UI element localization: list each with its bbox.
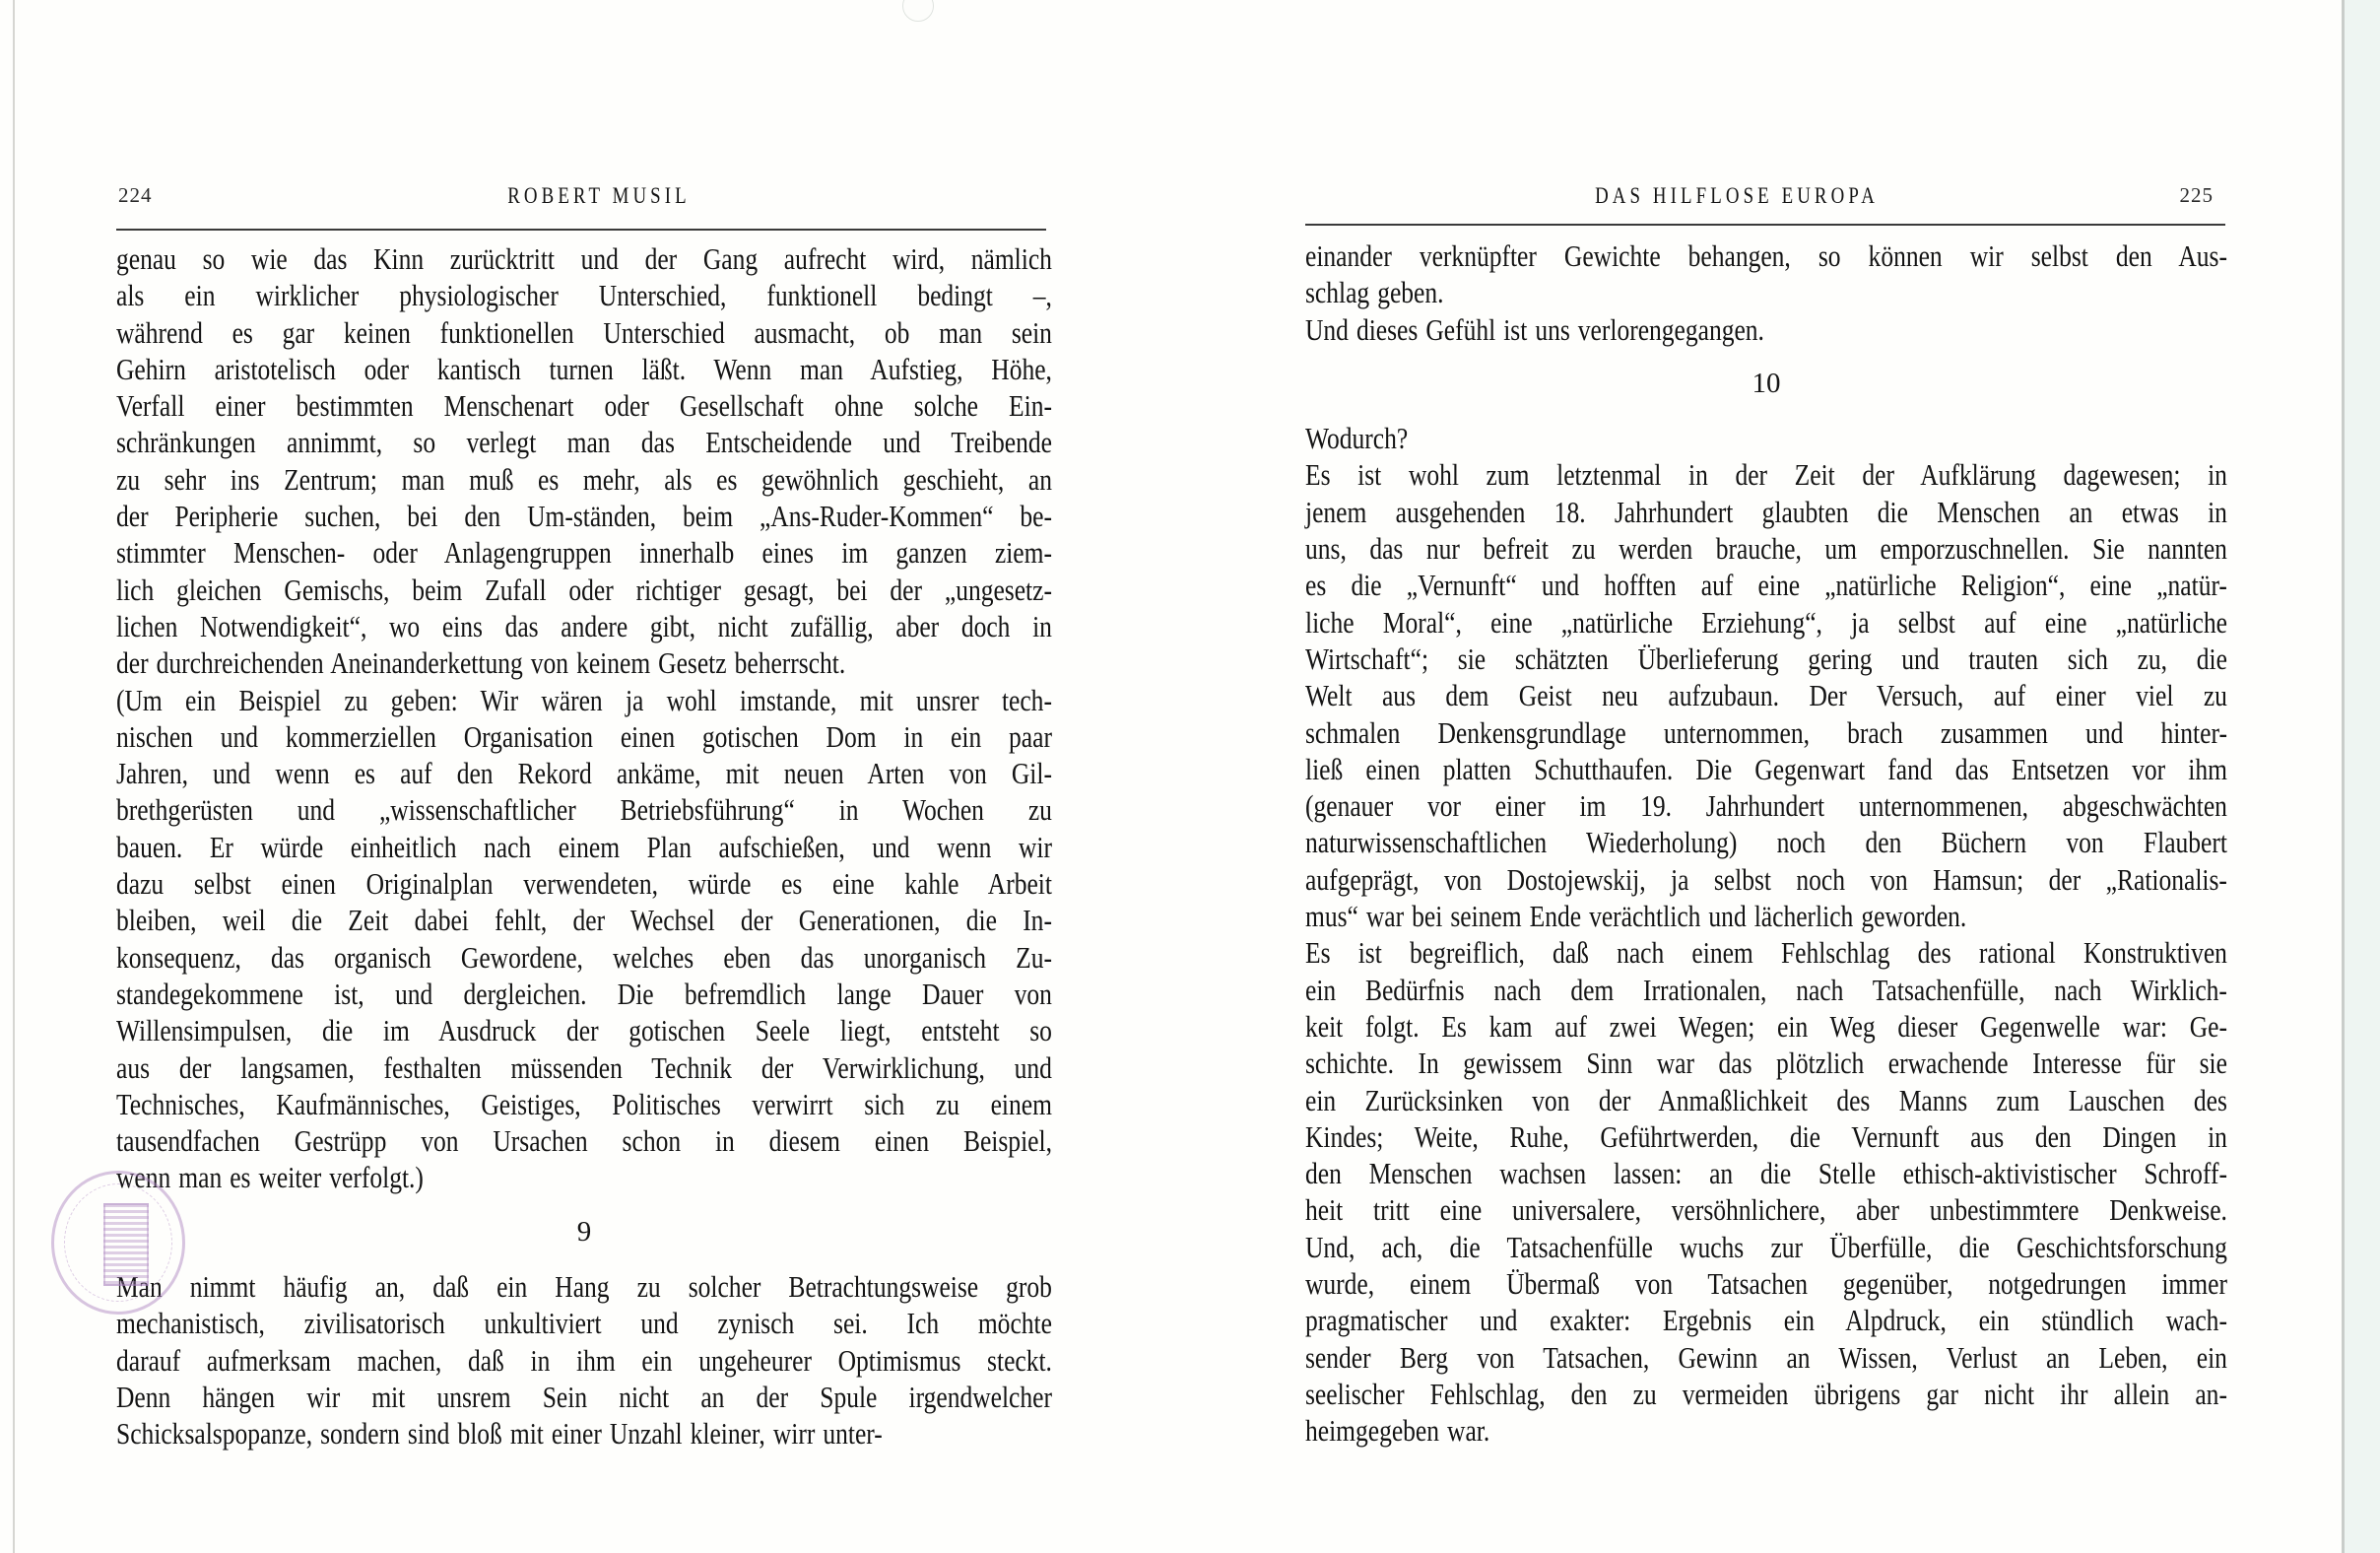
text-line: standegekommene ist, und dergleichen. Di…: [116, 976, 1052, 1012]
text-line: schmalen Denkensgrundlage unternommen, b…: [1305, 714, 2227, 751]
section-number: 10: [1305, 366, 2227, 402]
text-line: jenem ausgehenden 18. Jahrhundert glaubt…: [1305, 494, 2227, 530]
text-line: es die „Vernunft“ und hofften auf eine „…: [1305, 567, 2227, 603]
text-line: als ein wirklicher physiologischer Unter…: [116, 277, 1052, 313]
library-stamp: [51, 1171, 185, 1315]
paragraph: einander verknüpfter Gewichte behangen, …: [1305, 237, 2227, 311]
text-line-content: Schicksalspopanze, sondern sind bloß mit…: [116, 1415, 1052, 1452]
text-line: schichte. In gewissem Sinn war das plötz…: [1305, 1045, 2227, 1081]
text-line: (genauer vor einer im 19. Jahrhundert un…: [1305, 787, 2227, 824]
text-line: Verfall einer bestimmten Menschenart ode…: [116, 387, 1052, 424]
text-line: brethgerüsten und „wissenschaftlicher Be…: [116, 791, 1052, 828]
text-line-content: brethgerüsten und „wissenschaftlicher Be…: [116, 791, 1052, 828]
text-line-content: heit tritt eine universalere, versöhnlic…: [1305, 1191, 2227, 1228]
section-number: 9: [116, 1214, 1052, 1250]
text-line-content: schlag geben.: [1305, 274, 2227, 310]
text-line: ließ einen platten Schutthaufen. Die Geg…: [1305, 751, 2227, 787]
text-line: den Menschen wachsen lassen: an die Stel…: [1305, 1155, 2227, 1191]
text-line-content: der durchreichenden Aneinanderkettung vo…: [116, 644, 1052, 681]
text-line: einander verknüpfter Gewichte behangen, …: [1305, 237, 2227, 274]
text-line-content: Jahren, und wenn es auf den Rekord ankäm…: [116, 755, 1052, 791]
text-line-content: Und dieses Gefühl ist uns verlorengegang…: [1305, 311, 2227, 348]
text-line: Und, ach, die Tatsachenfülle wuchs zur Ü…: [1305, 1229, 2227, 1265]
text-line: heimgegeben war.: [1305, 1412, 2227, 1449]
text-line: liche Moral“, eine „natürliche Erziehung…: [1305, 604, 2227, 641]
header-rule: [116, 229, 1046, 231]
text-line-content: Und, ach, die Tatsachenfülle wuchs zur Ü…: [1305, 1229, 2227, 1265]
text-line-content: (Um ein Beispiel zu geben: Wir wären ja …: [116, 682, 1052, 718]
section-spacer: [1305, 402, 2227, 420]
text-line: ein Zurücksinken von der Anmaßlichkeit d…: [1305, 1082, 2227, 1118]
text-line: Und dieses Gefühl ist uns verlorengegang…: [1305, 311, 2227, 348]
text-line-content: uns, das nur befreit zu werden brauche, …: [1305, 530, 2227, 567]
page-number: 224: [118, 183, 153, 208]
text-line: der Peripherie suchen, bei den Um-stände…: [116, 498, 1052, 534]
text-line: seelischer Fehlschlag, den zu vermeiden …: [1305, 1376, 2227, 1412]
text-line-content: schränkungen annimmt, so verlegt man das…: [116, 424, 1052, 460]
right-page: DAS HILFLOSE EUROPA 225 einander verknüp…: [1305, 0, 2227, 1553]
text-line: keit folgt. Es kam auf zwei Wegen; ein W…: [1305, 1008, 2227, 1045]
text-line-content: wenn man es weiter verfolgt.): [116, 1159, 1052, 1195]
text-line-content: bleiben, weil die Zeit dabei fehlt, der …: [116, 902, 1052, 938]
text-line: Man nimmt häufig an, daß ein Hang zu sol…: [116, 1268, 1052, 1305]
text-line: schränkungen annimmt, so verlegt man das…: [116, 424, 1052, 460]
text-line: der durchreichenden Aneinanderkettung vo…: [116, 644, 1052, 681]
text-line: Es ist begreiflich, daß nach einem Fehls…: [1305, 934, 2227, 971]
left-page: 224 ROBERT MUSIL genau so wie das Kinn z…: [116, 0, 1052, 1553]
paragraph: Wodurch?: [1305, 420, 2227, 456]
paragraph: genau so wie das Kinn zurücktritt und de…: [116, 240, 1052, 682]
text-line-content: aufgeprägt, von Dostojewskij, ja selbst …: [1305, 861, 2227, 898]
text-line: wenn man es weiter verfolgt.): [116, 1159, 1052, 1195]
text-line: heit tritt eine universalere, versöhnlic…: [1305, 1191, 2227, 1228]
text-line: Wodurch?: [1305, 420, 2227, 456]
text-line: Jahren, und wenn es auf den Rekord ankäm…: [116, 755, 1052, 791]
text-line-content: Verfall einer bestimmten Menschenart ode…: [116, 387, 1052, 424]
text-line-content: liche Moral“, eine „natürliche Erziehung…: [1305, 604, 2227, 641]
text-line-content: ein Bedürfnis nach dem Irrationalen, nac…: [1305, 972, 2227, 1008]
text-line-content: lich gleichen Gemischs, beim Zufall oder…: [116, 572, 1052, 608]
text-line-content: einander verknüpfter Gewichte behangen, …: [1305, 237, 2227, 274]
text-line-content: mus“ war bei seinem Ende verächtlich und…: [1305, 898, 2227, 934]
text-line: aufgeprägt, von Dostojewskij, ja selbst …: [1305, 861, 2227, 898]
stamp-emblem: [103, 1203, 149, 1286]
text-line: Technisches, Kaufmännisches, Geistiges, …: [116, 1086, 1052, 1122]
text-line-content: Technisches, Kaufmännisches, Geistiges, …: [116, 1086, 1052, 1122]
text-line: tausendfachen Gestrüpp von Ursachen scho…: [116, 1122, 1052, 1159]
text-line: lich gleichen Gemischs, beim Zufall oder…: [116, 572, 1052, 608]
text-line: konsequenz, das organisch Gewordene, wel…: [116, 939, 1052, 976]
text-line: lichen Notwendigkeit“, wo eins das ander…: [116, 608, 1052, 644]
page-number: 225: [2180, 183, 2215, 208]
text-line-content: als ein wirklicher physiologischer Unter…: [116, 277, 1052, 313]
text-line-content: den Menschen wachsen lassen: an die Stel…: [1305, 1155, 2227, 1191]
text-line: Es ist wohl zum letztenmal in der Zeit d…: [1305, 456, 2227, 493]
text-line-content: Man nimmt häufig an, daß ein Hang zu sol…: [116, 1268, 1052, 1305]
text-line: nischen und kommerziellen Organisation e…: [116, 718, 1052, 755]
text-line-content: naturwissenschaftlichen Wiederholung) no…: [1305, 824, 2227, 860]
section-spacer: [116, 1250, 1052, 1268]
text-line: Welt aus dem Geist neu aufzubaun. Der Ve…: [1305, 677, 2227, 713]
text-line: aus der langsamen, festhalten müssenden …: [116, 1049, 1052, 1086]
text-line-content: während es gar keinen funktionellen Unte…: [116, 314, 1052, 351]
scan-background: [2345, 0, 2380, 1553]
text-line-content: mechanistisch, zivilisatorisch unkultivi…: [116, 1305, 1052, 1341]
text-line-content: bauen. Er würde einheitlich nach einem P…: [116, 829, 1052, 865]
text-line-content: nischen und kommerziellen Organisation e…: [116, 718, 1052, 755]
text-line: bleiben, weil die Zeit dabei fehlt, der …: [116, 902, 1052, 938]
text-line-content: der Peripherie suchen, bei den Um-stände…: [116, 498, 1052, 534]
text-line-content: Willensimpulsen, die im Ausdruck der got…: [116, 1012, 1052, 1048]
section-spacer: [1305, 348, 2227, 366]
text-line-content: zu sehr ins Zentrum; man muß es mehr, al…: [116, 461, 1052, 498]
text-line-content: schichte. In gewissem Sinn war das plötz…: [1305, 1045, 2227, 1081]
text-line: zu sehr ins Zentrum; man muß es mehr, al…: [116, 461, 1052, 498]
text-line: stimmter Menschen- oder Anlagengruppen i…: [116, 534, 1052, 571]
paragraph: Es ist wohl zum letztenmal in der Zeit d…: [1305, 456, 2227, 934]
text-line: bauen. Er würde einheitlich nach einem P…: [116, 829, 1052, 865]
text-line: ein Bedürfnis nach dem Irrationalen, nac…: [1305, 972, 2227, 1008]
text-line-content: Denn hängen wir mit unsrem Sein nicht an…: [116, 1379, 1052, 1415]
text-line-content: heimgegeben war.: [1305, 1412, 2227, 1449]
text-line: mus“ war bei seinem Ende verächtlich und…: [1305, 898, 2227, 934]
paragraph: Und dieses Gefühl ist uns verlorengegang…: [1305, 311, 2227, 348]
text-line-content: aus der langsamen, festhalten müssenden …: [116, 1049, 1052, 1086]
text-line: Kindes; Weite, Ruhe, Geführtwerden, die …: [1305, 1118, 2227, 1155]
text-line-content: schmalen Denkensgrundlage unternommen, b…: [1305, 714, 2227, 751]
text-line-content: stimmter Menschen- oder Anlagengruppen i…: [116, 534, 1052, 571]
text-line: Schicksalspopanze, sondern sind bloß mit…: [116, 1415, 1052, 1452]
text-line: dazu selbst einen Originalplan verwendet…: [116, 865, 1052, 902]
text-line-content: genau so wie das Kinn zurücktritt und de…: [116, 240, 1052, 277]
text-line: mechanistisch, zivilisatorisch unkultivi…: [116, 1305, 1052, 1341]
text-line: sender Berg von Tatsachen, Gewinn an Wis…: [1305, 1339, 2227, 1376]
paragraph: Man nimmt häufig an, daß ein Hang zu sol…: [116, 1268, 1052, 1452]
text-line: Denn hängen wir mit unsrem Sein nicht an…: [116, 1379, 1052, 1415]
running-title: DAS HILFLOSE EUROPA: [1383, 183, 2090, 209]
running-title: ROBERT MUSIL: [228, 183, 970, 209]
text-line: naturwissenschaftlichen Wiederholung) no…: [1305, 824, 2227, 860]
text-line-content: sender Berg von Tatsachen, Gewinn an Wis…: [1305, 1339, 2227, 1376]
text-line-content: ein Zurücksinken von der Anmaßlichkeit d…: [1305, 1082, 2227, 1118]
text-line-content: Welt aus dem Geist neu aufzubaun. Der Ve…: [1305, 677, 2227, 713]
paragraph: Es ist begreiflich, daß nach einem Fehls…: [1305, 934, 2227, 1449]
text-line: Gehirn aristotelisch oder kantisch turne…: [116, 351, 1052, 387]
text-line-content: Es ist wohl zum letztenmal in der Zeit d…: [1305, 456, 2227, 493]
text-line-content: darauf aufmerksam machen, daß in ihm ein…: [116, 1342, 1052, 1379]
text-line-content: (genauer vor einer im 19. Jahrhundert un…: [1305, 787, 2227, 824]
text-line: uns, das nur befreit zu werden brauche, …: [1305, 530, 2227, 567]
text-line-content: standegekommene ist, und dergleichen. Di…: [116, 976, 1052, 1012]
text-line-content: Gehirn aristotelisch oder kantisch turne…: [116, 351, 1052, 387]
text-line-content: konsequenz, das organisch Gewordene, wel…: [116, 939, 1052, 976]
text-line-content: lichen Notwendigkeit“, wo eins das ander…: [116, 608, 1052, 644]
text-line-content: seelischer Fehlschlag, den zu vermeiden …: [1305, 1376, 2227, 1412]
body-text: einander verknüpfter Gewichte behangen, …: [1305, 237, 2227, 1450]
text-line: (Um ein Beispiel zu geben: Wir wären ja …: [116, 682, 1052, 718]
text-line-content: Wirtschaft“; sie schätzten Überlieferung…: [1305, 641, 2227, 677]
text-line: während es gar keinen funktionellen Unte…: [116, 314, 1052, 351]
text-line-content: Wodurch?: [1305, 420, 2227, 456]
running-head: 224 ROBERT MUSIL: [116, 183, 1052, 213]
paragraph: (Um ein Beispiel zu geben: Wir wären ja …: [116, 682, 1052, 1196]
text-line: Wirtschaft“; sie schätzten Überlieferung…: [1305, 641, 2227, 677]
text-line: Willensimpulsen, die im Ausdruck der got…: [116, 1012, 1052, 1048]
running-head: DAS HILFLOSE EUROPA 225: [1305, 183, 2227, 213]
text-line: genau so wie das Kinn zurücktritt und de…: [116, 240, 1052, 277]
text-line-content: keit folgt. Es kam auf zwei Wegen; ein W…: [1305, 1008, 2227, 1045]
text-line-content: Es ist begreiflich, daß nach einem Fehls…: [1305, 934, 2227, 971]
text-line: wurde, einem Übermaß von Tatsachen gegen…: [1305, 1265, 2227, 1302]
text-line-content: Kindes; Weite, Ruhe, Geführtwerden, die …: [1305, 1118, 2227, 1155]
text-line-content: pragmatischer und exakter: Ergebnis ein …: [1305, 1302, 2227, 1338]
text-line: schlag geben.: [1305, 274, 2227, 310]
section-spacer: [116, 1196, 1052, 1214]
text-line-content: es die „Vernunft“ und hofften auf eine „…: [1305, 567, 2227, 603]
scan-edge-right: [2342, 0, 2345, 1553]
header-rule: [1305, 224, 2225, 226]
text-line: darauf aufmerksam machen, daß in ihm ein…: [116, 1342, 1052, 1379]
text-line-content: tausendfachen Gestrüpp von Ursachen scho…: [116, 1122, 1052, 1159]
text-line-content: dazu selbst einen Originalplan verwendet…: [116, 865, 1052, 902]
text-line: pragmatischer und exakter: Ergebnis ein …: [1305, 1302, 2227, 1338]
text-line-content: jenem ausgehenden 18. Jahrhundert glaubt…: [1305, 494, 2227, 530]
text-line-content: ließ einen platten Schutthaufen. Die Geg…: [1305, 751, 2227, 787]
body-text: genau so wie das Kinn zurücktritt und de…: [116, 240, 1052, 1452]
text-line-content: wurde, einem Übermaß von Tatsachen gegen…: [1305, 1265, 2227, 1302]
scan-edge-left: [13, 0, 15, 1553]
